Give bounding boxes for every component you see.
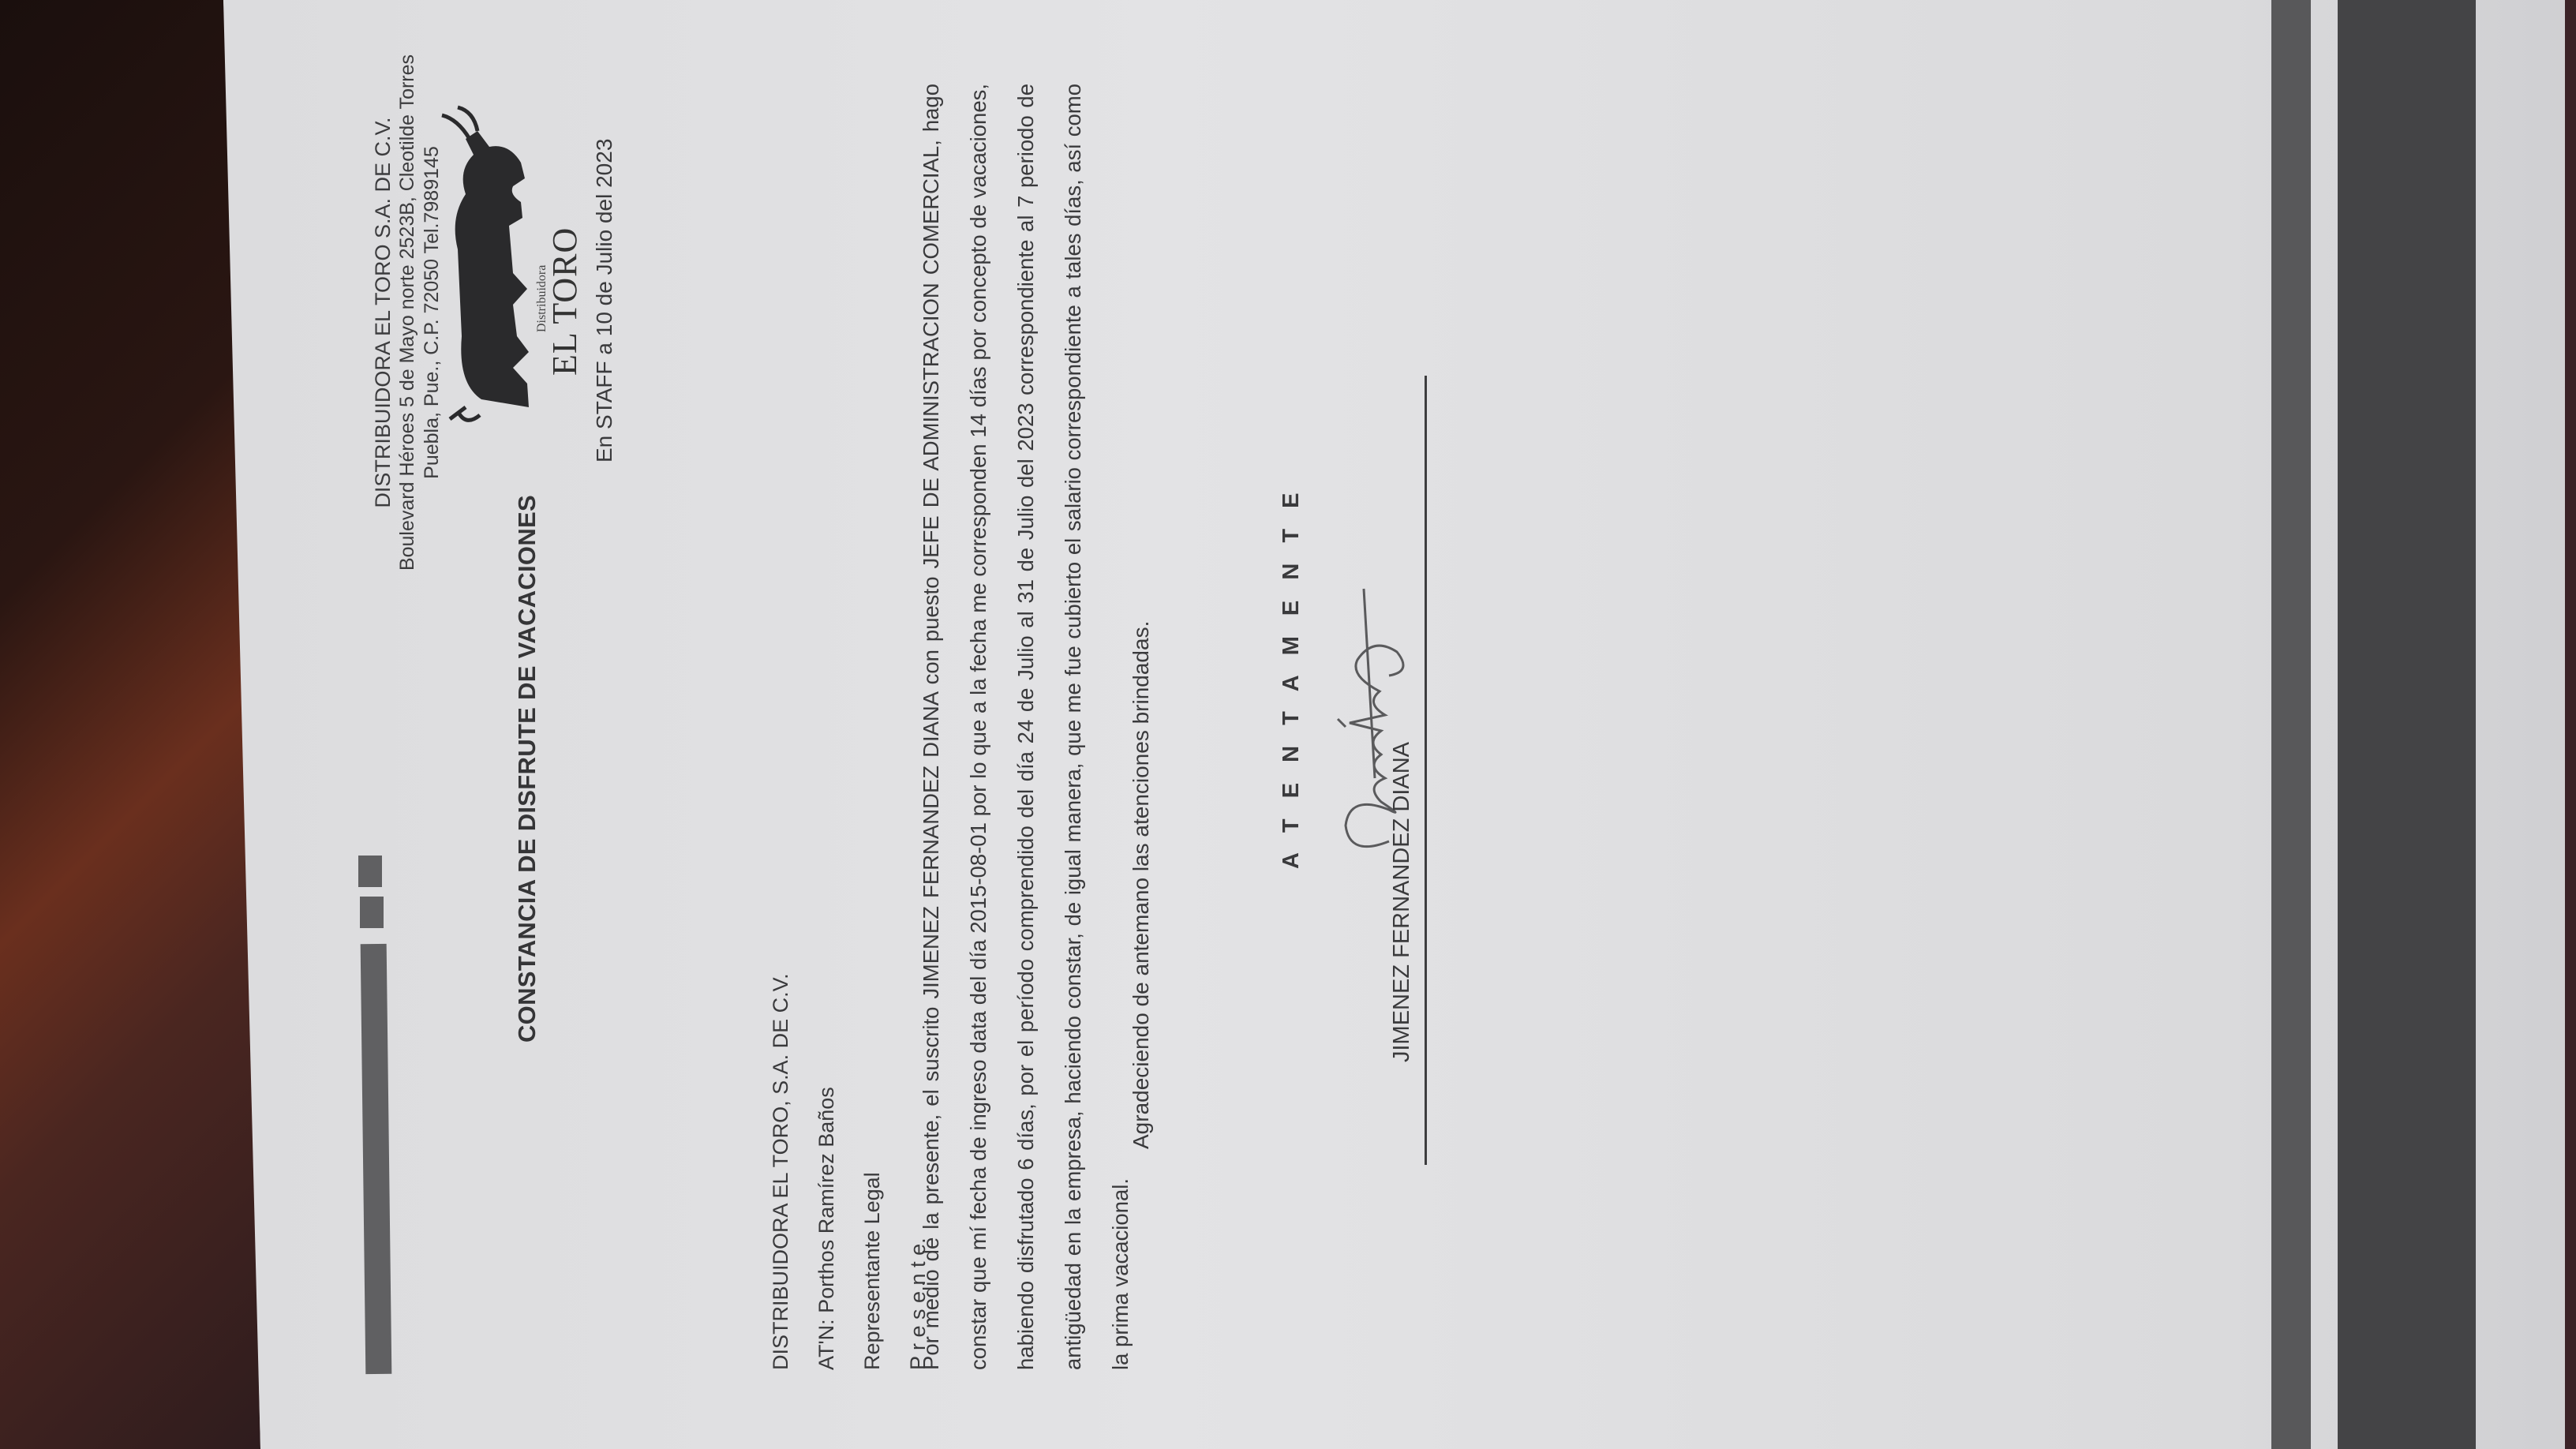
closing-line: Agradeciendo de antemano las atenciones … [1129, 281, 1154, 1149]
letterhead-address: Boulevard Héroes 5 de Mayo norte 2523B, … [395, 36, 420, 589]
letterhead-company: DISTRIBUIDORA EL TORO S.A. DE C.V. [371, 36, 395, 589]
date-line: En STAFF a 10 de Julio del 2023 [592, 21, 617, 462]
body-paragraph: Por medio de la presente, el suscrito JI… [908, 84, 1144, 1370]
document-title: CONSTANCIA DE DISFRUTE DE VACACIONES [513, 332, 541, 1043]
decorative-bar-long [361, 944, 392, 1374]
decorative-bar-short-2 [358, 856, 382, 887]
background-edge [2565, 0, 2576, 1449]
page-border-bar-thick [2338, 0, 2476, 1449]
logo-brand: EL TORO [545, 227, 585, 376]
wooden-surface-background [0, 0, 268, 1449]
addressee-attention: AT'N: Porthos Ramírez Baños [803, 581, 849, 1370]
sign-off: A T E N T A M E N T E [1279, 486, 1305, 869]
signer-name: JIMENEZ FERNANDEZ DIANA [1389, 376, 1427, 1165]
addressee-role: Representante Legal [849, 581, 895, 1370]
addressee-company: DISTRIBUIDORA EL TORO, S.A. DE C.V. [758, 581, 803, 1370]
decorative-bar-short-1 [360, 897, 384, 928]
rotated-letter: DISTRIBUIDORA EL TORO S.A. DE C.V. Boule… [253, 0, 2305, 1449]
